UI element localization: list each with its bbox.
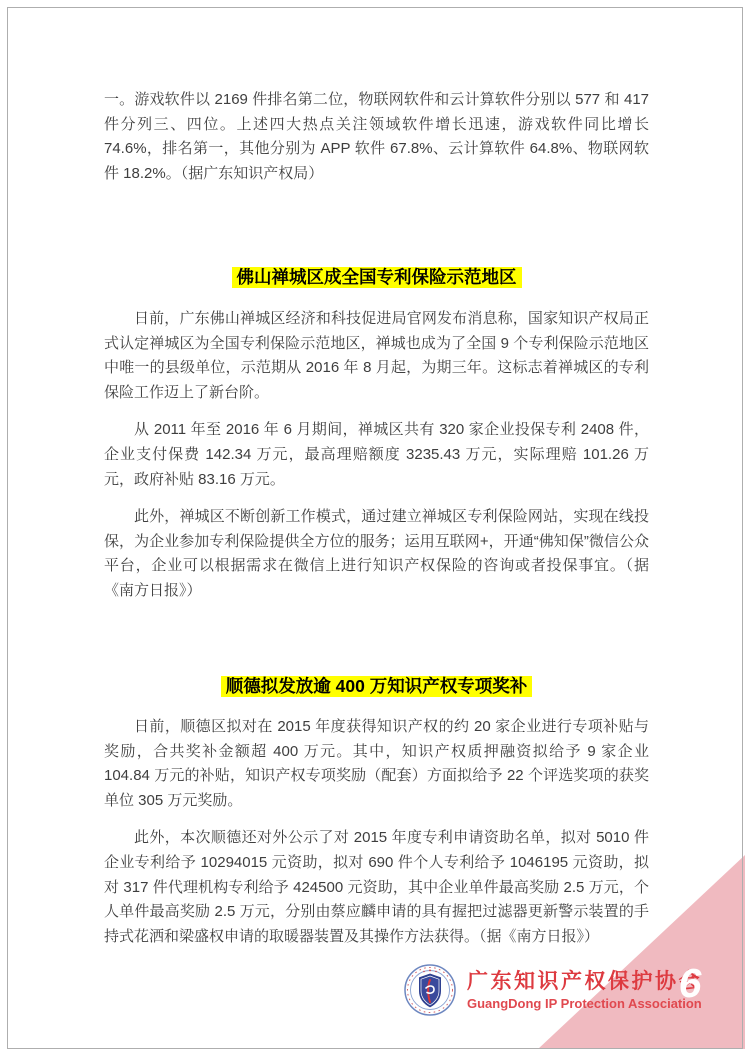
highlighted-heading-text: 顺德拟发放逾 400 万知识产权专项奖补 [221,676,532,697]
paragraph: 此外，禅城区不断创新工作模式，通过建立禅城区专利保险网站，实现在线投保，为企业参… [104,505,649,603]
org-name-zh: 广东知识产权保护协会 [467,969,702,995]
section-heading-foshan: 佛山禅城区成全国专利保险示范地区 [104,267,649,292]
paragraph: 日前，顺德区拟对在 2015 年度获得知识产权的约 20 家企业进行专项补贴与奖… [104,715,649,813]
paragraph: 日前，广东佛山禅城区经济和科技促进局官网发布消息称，国家知识产权局正式认定禅城区… [104,307,649,405]
org-names: 广东知识产权保护协会 GuangDong IP Protection Assoc… [467,969,702,1012]
highlighted-heading-text: 佛山禅城区成全国专利保险示范地区 [232,267,522,288]
org-name-en: GuangDong IP Protection Association [467,995,702,1012]
page-content: 一。游戏软件以 2169 件排名第二位，物联网软件和云计算软件分别以 577 和… [104,88,649,962]
paragraph: 此外，本次顺德还对外公示了对 2015 年度专利申请资助名单，拟对 5010 件… [104,826,649,949]
section-heading-shunde: 顺德拟发放逾 400 万知识产权专项奖补 [104,676,649,701]
document-page: 一。游戏软件以 2169 件排名第二位，物联网软件和云计算软件分别以 577 和… [0,0,750,1056]
page-number: 6 [670,958,710,1008]
paragraph: 一。游戏软件以 2169 件排名第二位，物联网软件和云计算软件分别以 577 和… [104,88,649,186]
gdippa-seal-icon [404,964,456,1016]
footer: 广东知识产权保护协会 GuangDong IP Protection Assoc… [404,964,702,1016]
paragraph: 从 2011 年至 2016 年 6 月期间，禅城区共有 320 家企业投保专利… [104,418,649,492]
